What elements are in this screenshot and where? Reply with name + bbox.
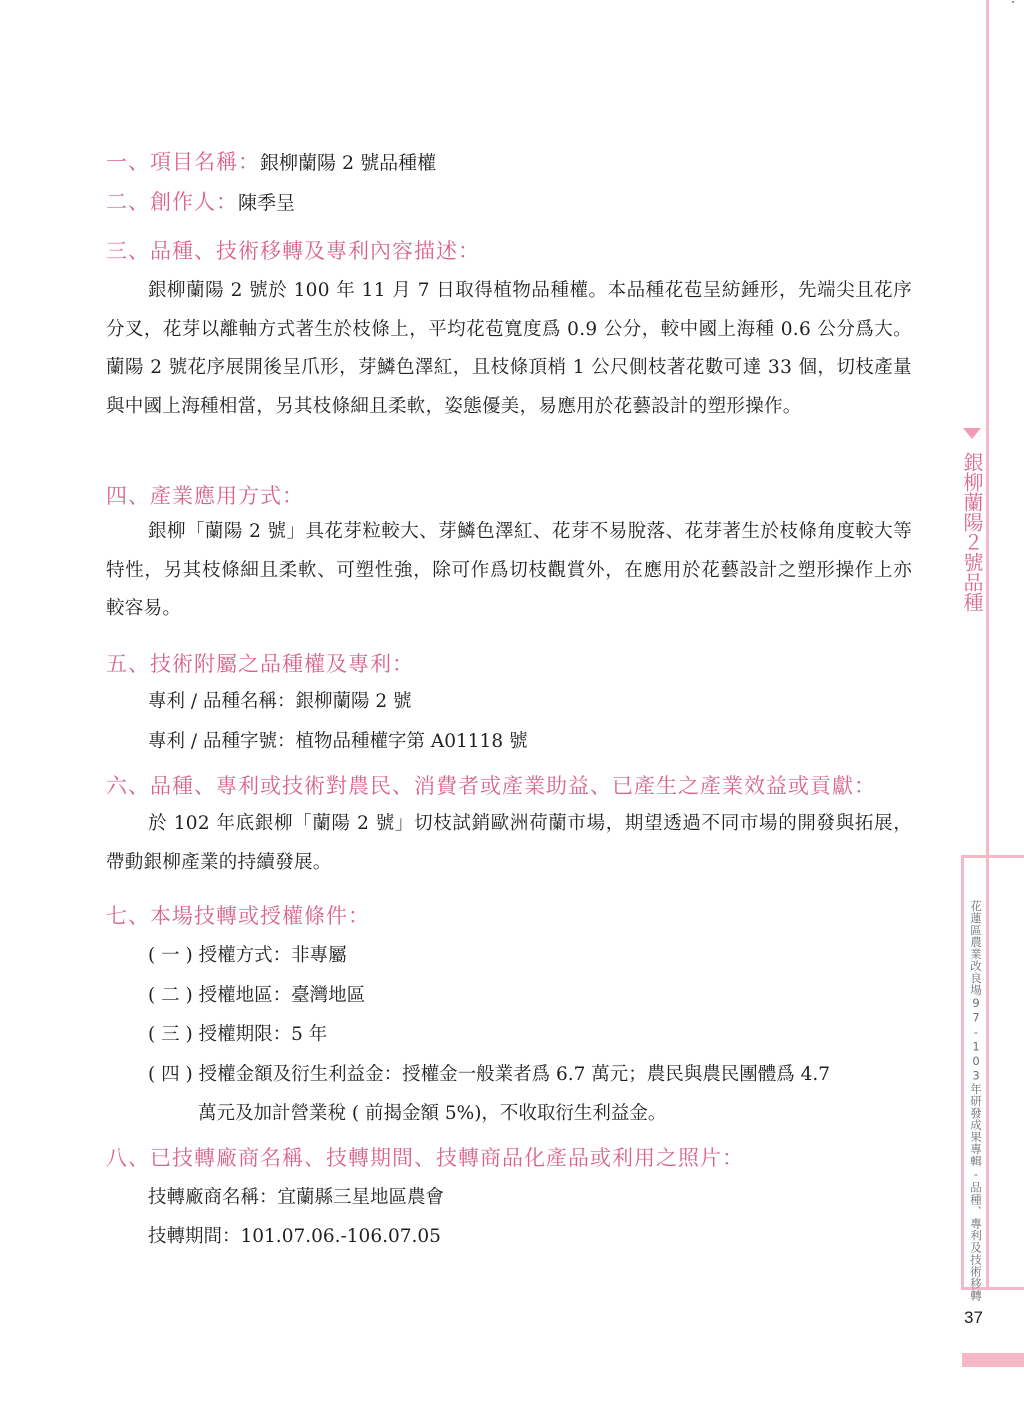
patent-name-line: 專利 / 品種名稱：銀柳蘭陽 2 號	[148, 687, 412, 713]
license-period-line: 技轉期間：101.07.06.-106.07.05	[148, 1222, 441, 1248]
license-fee-line-cont: 萬元及加計營業稅 ( 前揭金額 5%)，不收取衍生利益金。	[198, 1099, 666, 1125]
footer-bar	[962, 1353, 1024, 1367]
book-title: 花蓮區農業改良場97-103年研發成果專輯-品種、專利及技術移轉	[964, 900, 986, 1302]
section-4-paragraph: 銀柳「蘭陽 2 號」具花芽粒較大、芽鱗色澤紅、花芽不易脫落、花芽著生於枝條角度較…	[106, 513, 912, 629]
section-8-heading: 八、已技轉廠商名稱、技轉期間、技轉商品化產品或利用之照片：	[106, 1142, 744, 1172]
section-5-heading: 五、技術附屬之品種權及專利：	[106, 648, 414, 678]
section-3-paragraph: 銀柳蘭陽 2 號於 100 年 11 月 7 日取得植物品種權。本品種花苞呈紡錘…	[106, 272, 912, 426]
section-1-heading: 一、項目名稱：銀柳蘭陽 2 號品種權	[106, 146, 436, 176]
section-3-heading: 三、品種、技術移轉及專利內容描述：	[106, 235, 480, 265]
triangle-marker-icon	[963, 428, 981, 439]
patent-number-line: 專利 / 品種字號：植物品種權字第 A01118 號	[148, 727, 527, 753]
item-name-value: 銀柳蘭陽 2 號品種權	[260, 152, 436, 174]
sidebar-rule	[986, 0, 989, 856]
section-7-heading: 七、本場技轉或授權條件：	[106, 900, 370, 930]
page-number: 37	[964, 1308, 983, 1328]
license-fee-line: ( 四 ) 授權金額及衍生利益金：授權金一般業者爲 6.7 萬元；農民與農民團體…	[148, 1060, 830, 1086]
license-region-line: ( 二 ) 授權地區：臺灣地區	[148, 981, 365, 1007]
section-2-heading: 二、創作人：陳季呈	[106, 186, 295, 216]
section-4-heading: 四、產業應用方式：	[106, 480, 304, 510]
license-type-line: ( 一 ) 授權方式：非專屬	[148, 941, 347, 967]
creator-value: 陳季呈	[238, 192, 295, 214]
chapter-title: 銀柳蘭陽２號品種	[960, 452, 984, 612]
section-6-heading: 六、品種、專利或技術對農民、消費者或產業助益、已產生之產業效益或貢獻：	[106, 770, 876, 800]
license-term-line: ( 三 ) 授權期限：5 年	[148, 1020, 327, 1046]
licensee-name-line: 技轉廠商名稱：宜蘭縣三星地區農會	[148, 1183, 444, 1209]
corner-mark	[1012, 1, 1014, 3]
section-6-paragraph: 於 102 年底銀柳「蘭陽 2 號」切枝試銷歐洲荷蘭市場，期望透過不同市場的開發…	[106, 805, 912, 882]
